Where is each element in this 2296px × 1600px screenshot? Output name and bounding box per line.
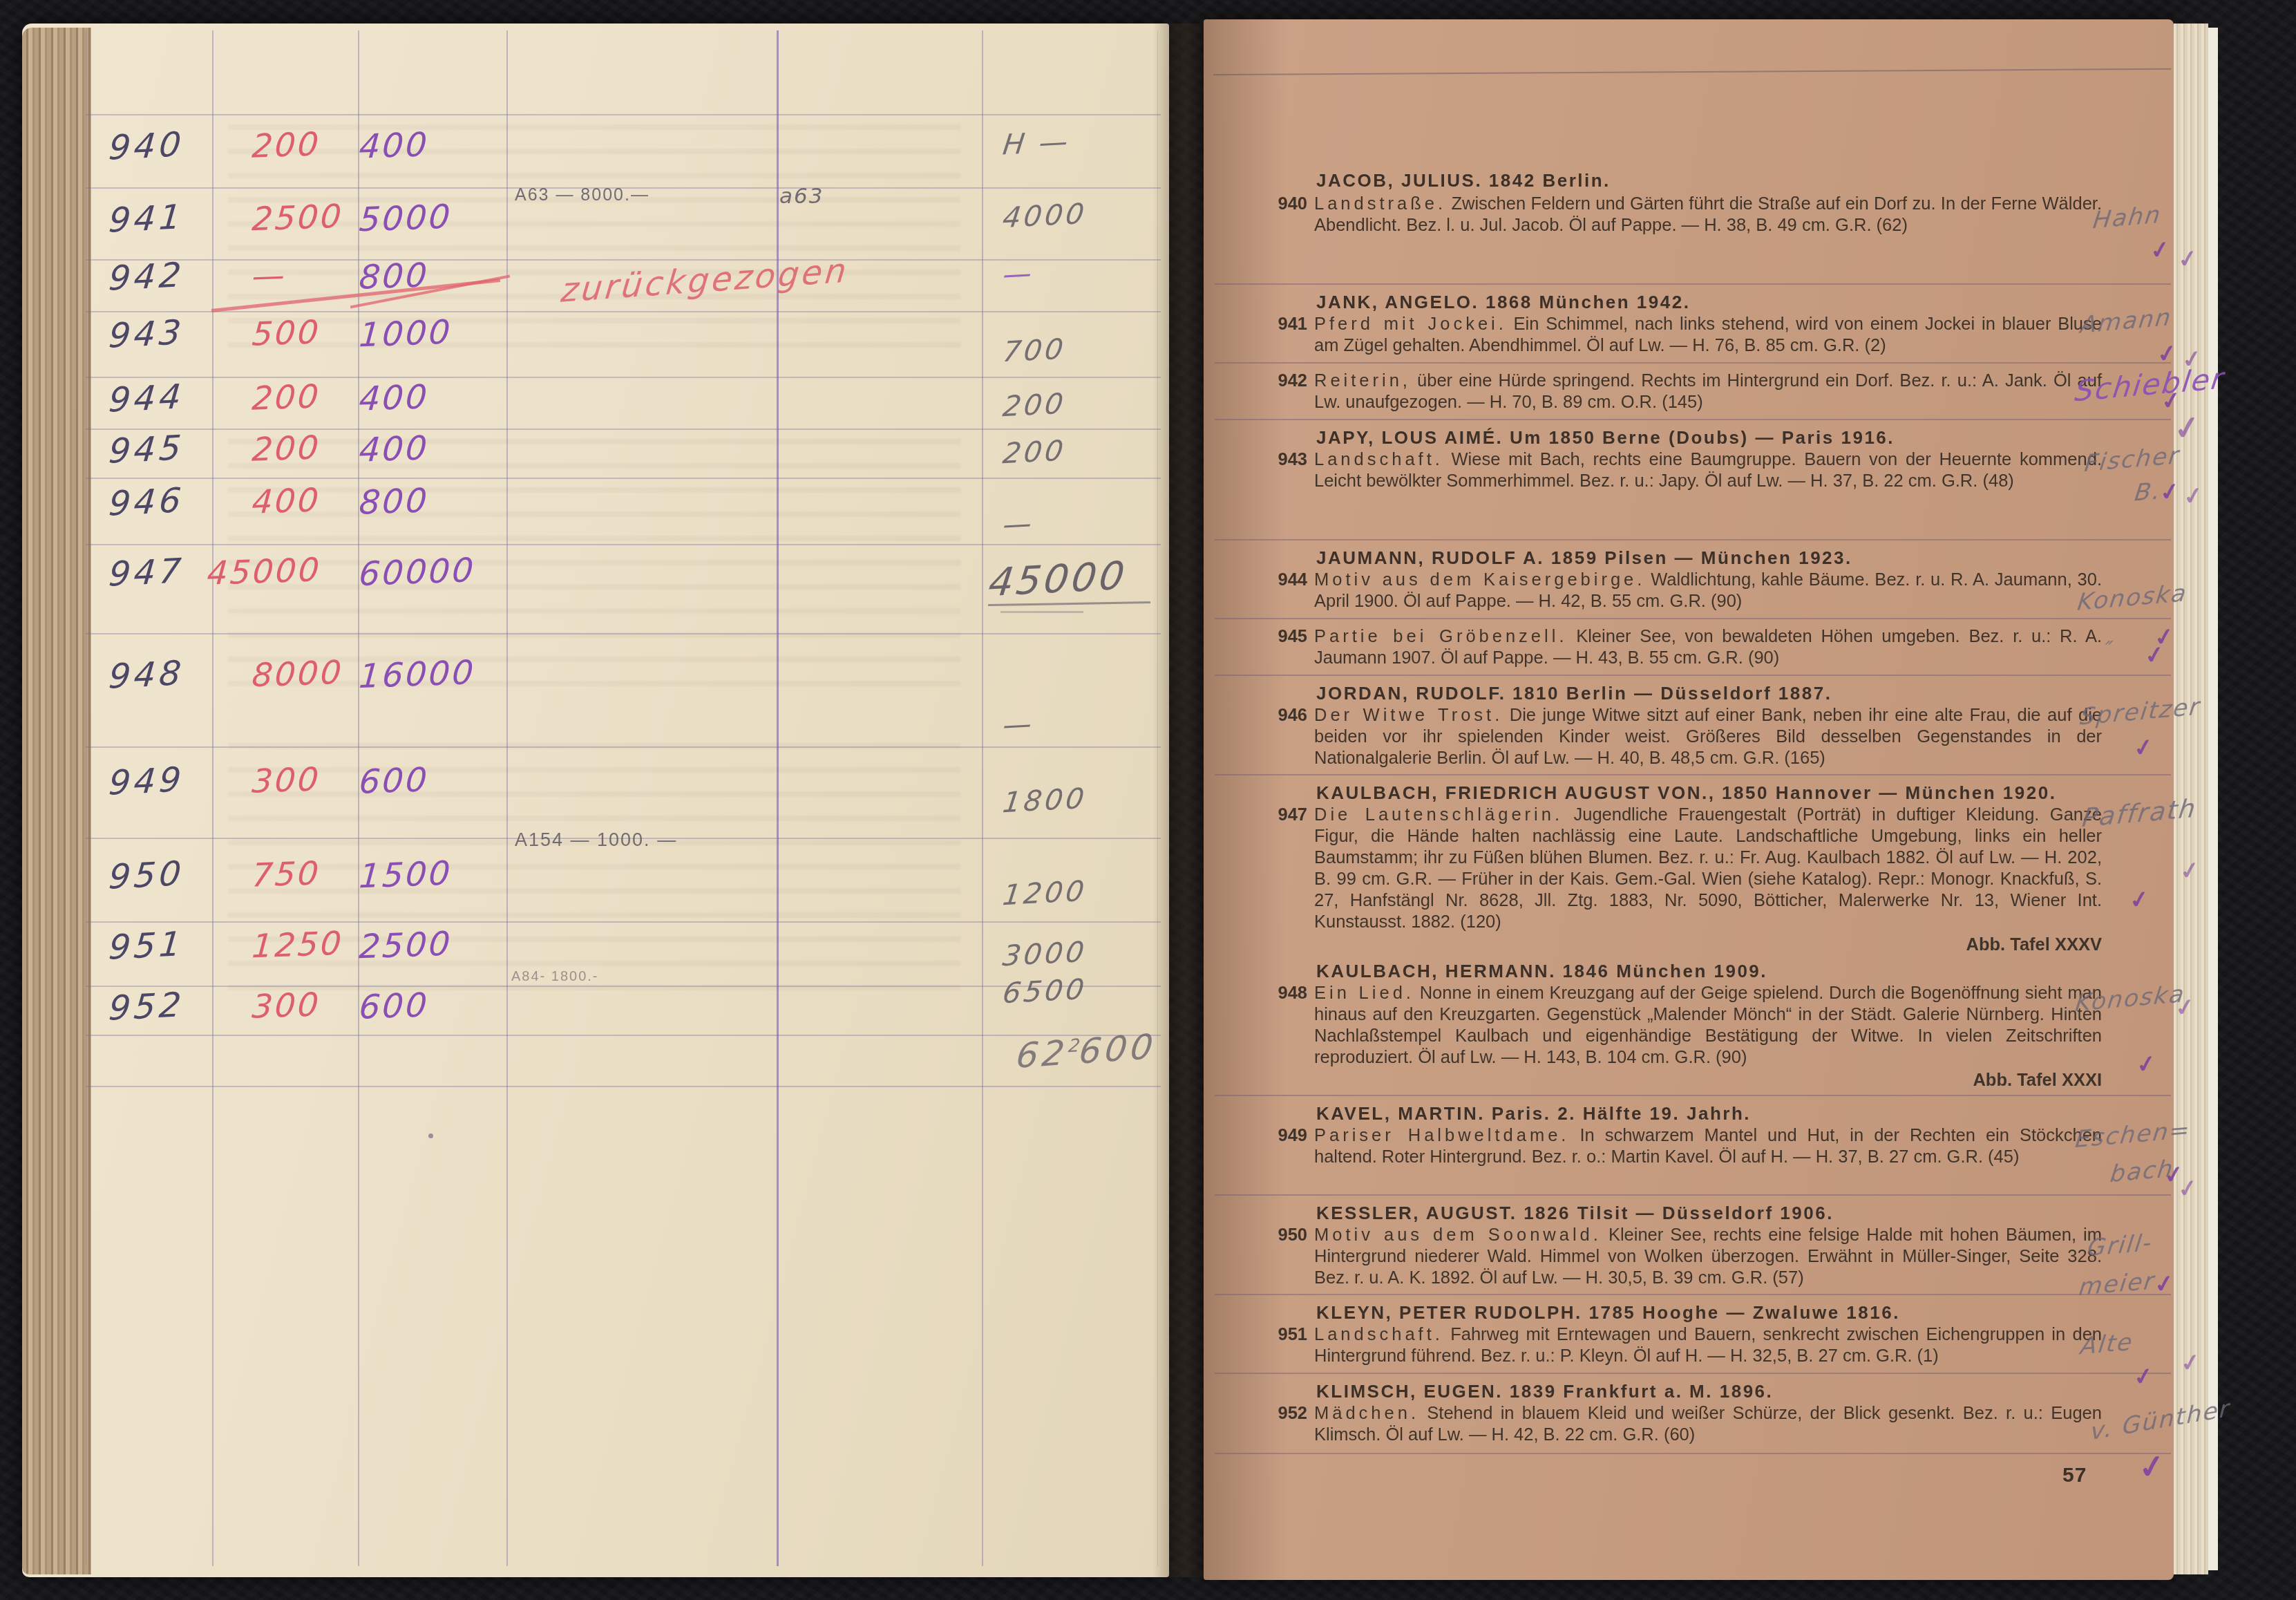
entry-divider [1215,675,2171,676]
artist-header: JACOB, JULIUS. 1842 Berlin. [1316,170,2111,191]
result-price: — [1001,256,1036,291]
edge-checkmark-icon: ✓ [2171,408,2203,449]
estimate-price: 60000 [358,551,477,594]
ledger-row: 950 750 1500 1200 [0,856,1175,925]
edge-checkmark-icon: ✓ [2176,1174,2199,1204]
work-title: Landstraße. [1314,194,1446,214]
work-title: Landschaft. [1314,1325,1443,1344]
artist-header: KAVEL, MARTIN. Paris. 2. Hälfte 19. Jahr… [1316,1103,2111,1124]
limit-price: 500 [251,313,322,353]
limit-price: — [251,256,288,296]
work-title: Reiterin, [1314,371,1411,390]
artist-header: JAUMANN, RUDOLF A. 1859 Pilsen — München… [1316,547,2111,569]
result-price: 6500 [1001,972,1089,1010]
lot-number: 949 [107,760,186,803]
catalog-entry: 949 Pariser Halbweltdame. In schwarzem M… [1314,1125,2102,1168]
catalog-entry: 950 Motiv aus dem Soonwald. Kleiner See,… [1314,1225,2102,1289]
artist-header: JAPY, LOUS AIMÉ. Um 1850 Berne (Doubs) —… [1316,427,2111,449]
limit-price: 400 [251,481,322,521]
entry-text: Nonne in einem Kreuzgang auf der Geige s… [1314,983,2102,1067]
catalog-entry: 952 Mädchen. Stehend in blauem Kleid und… [1314,1403,2102,1446]
lot-number: 948 [107,653,186,697]
work-title: Der Witwe Trost. [1314,706,1503,725]
catalog-entry: 941 Pferd mit Jockei. Ein Schimmel, nach… [1314,314,2102,357]
estimate-price: 800 [358,481,430,522]
result-price: — [1001,707,1036,742]
total-suffix: 600 [1077,1026,1159,1072]
entry-text: über eine Hürde springend. Rechts im Hin… [1314,371,2102,412]
ledger-row: 952 300 600 6500 [0,987,1175,1056]
lot-number: 946 [107,480,186,524]
result-price: 1800 [1001,782,1089,819]
work-title: Pariser Halbweltdame. [1314,1126,1569,1145]
gutter-shadow [1204,19,1287,1580]
ledger-row: 946 400 800 — [0,482,1175,552]
work-title: Partie bei Gröbenzell. [1314,627,1567,646]
lot-number: 951 [1271,1324,1307,1346]
entry-divider [1215,362,2171,364]
entry-divider [1215,419,2171,420]
lot-number: 951 [107,924,186,968]
lot-number: 947 [1271,804,1307,826]
lot-number: 950 [1271,1225,1307,1246]
lot-number: 952 [107,985,186,1028]
result-price: — [1001,507,1036,541]
work-title: Ein Lied. [1314,983,1414,1003]
lot-number: 945 [107,428,186,471]
checkmark-icon: ✓ [2132,1362,2155,1392]
entry-divider [1215,1194,2171,1196]
lot-number: 942 [107,255,186,299]
checkmark-icon: ✓ [2143,640,2166,670]
work-title: Motiv aus dem Soonwald. [1314,1225,1602,1245]
row-line [86,114,1161,115]
estimate-price: 400 [358,377,430,418]
artist-header: JANK, ANGELO. 1868 München 1942. [1316,292,2111,313]
catalog-entry: 945 Partie bei Gröbenzell. Kleiner See, … [1314,626,2102,669]
entry-divider [1215,1095,2171,1096]
annotation-a63: A63 — 8000.— [515,185,649,205]
limit-price: 8000 [251,654,345,695]
result-price: 1200 [1001,874,1089,912]
work-title: Pferd mit Jockei. [1314,314,1507,334]
limit-price: 45000 [206,551,323,593]
entry-divider [1215,539,2171,540]
annotation-a84: A84- 1800.- [511,969,599,985]
page-number: 57 [2062,1464,2087,1487]
lot-number: 949 [1271,1125,1307,1147]
ink-dot [428,1133,433,1138]
work-title: Landschaft. [1314,450,1443,469]
limit-price: 200 [251,429,322,469]
estimate-price: 2500 [358,925,453,967]
estimate-price: 600 [358,760,430,801]
estimate-price: 1500 [358,854,453,896]
entry-divider [1215,774,2171,775]
ledger-row: 947 45000 60000 45000 [0,553,1175,622]
annotation-a63-short: a63 [779,184,824,209]
result-price: 45000 [986,554,1130,605]
lot-number: 941 [1271,314,1307,335]
artist-header: KLIMSCH, EUGEN. 1839 Frankfurt a. M. 189… [1316,1381,2111,1402]
entry-divider [1215,618,2171,619]
estimate-price: 1000 [358,313,453,355]
lot-number: 944 [107,377,186,420]
limit-price: 300 [251,760,322,800]
limit-price: 750 [251,854,322,894]
limit-price: 300 [251,986,322,1026]
annotation-a154: A154 — 1000. — [515,829,677,851]
artist-header: JORDAN, RUDOLF. 1810 Berlin — Düsseldorf… [1316,683,2111,704]
plate-reference: Abb. Tafel XXXI [1314,1069,2102,1091]
ledger-row: 948 8000 16000 — [0,655,1175,724]
lot-number: 944 [1271,570,1307,591]
artist-header: KLEYN, PETER RUDOLPH. 1785 Hooghe — Zwal… [1316,1302,2111,1324]
checkmark-icon: ✓ [2158,477,2181,507]
artist-header: KAULBACH, FRIEDRICH AUGUST VON., 1850 Ha… [1316,782,2111,804]
lot-number: 941 [107,197,186,241]
lot-number: 943 [1271,449,1307,471]
catalog-entry: 940 Landstraße. Zwischen Feldern und Gär… [1314,194,2102,236]
work-title: Mädchen. [1314,1404,1419,1423]
entry-divider [1215,1453,2171,1454]
result-underline [1000,611,1083,613]
checkmark-icon: ✓ [2127,885,2151,915]
result-price: H — [1001,124,1073,161]
artist-header: KESSLER, AUGUST. 1826 Tilsit — Düsseldor… [1316,1203,2111,1224]
limit-price: 2500 [251,198,345,239]
limit-price: 200 [251,125,322,165]
estimate-price: 16000 [358,653,477,696]
checkmark-icon: ✓ [2132,733,2155,763]
auction-ledger-book-spread: 940 200 400 H — 941 2500 5000 4000 942 —… [0,0,2296,1600]
result-price: 4000 [1001,197,1089,234]
result-price: 700 [1001,332,1068,369]
checkmark-icon: ✓ [2152,1269,2176,1299]
catalog-entry: 946 Der Witwe Trost. Die junge Witwe sit… [1314,705,2102,769]
plate-reference: Abb. Tafel XXXV [1314,933,2102,956]
result-price: 200 [1001,387,1068,424]
ledger-row: 943 500 1000 700 [0,314,1175,384]
catalog-entry: 951 Landschaft. Fahrweg mit Erntewagen u… [1314,1324,2102,1367]
checkmark-icon: ✓ [2136,1447,2167,1487]
edge-checkmark-icon: ✓ [2173,992,2197,1023]
ledger-row: 949 300 600 1800 [0,762,1175,831]
limit-price: 1250 [251,925,345,966]
artist-header: KAULBACH, HERMANN. 1846 München 1909. [1316,961,2111,982]
buyer-name: Alte [2079,1328,2135,1360]
result-price: 200 [1001,434,1068,471]
lot-number: 950 [107,854,186,897]
checkmark-icon: ✓ [2134,1049,2158,1080]
catalog-entry: 948 Ein Lied. Nonne in einem Kreuzgang a… [1314,983,2102,1091]
entry-divider [1215,283,2171,285]
lot-number: 943 [107,312,186,356]
lot-number: 942 [1271,370,1307,392]
lot-number: 947 [107,551,186,594]
lot-number: 940 [107,124,186,168]
checkmark-icon: ✓ [2148,235,2172,265]
lot-number: 946 [1271,705,1307,726]
catalog-entry: 943 Landschaft. Wiese mit Bach, rechts e… [1314,449,2102,492]
estimate-price: 400 [358,125,430,166]
edge-checkmark-icon: ✓ [2180,344,2203,375]
estimate-price: 5000 [358,198,453,240]
estimate-price: 600 [358,986,430,1026]
checkmark-icon: ✓ [2155,339,2179,369]
limit-price: 200 [251,377,322,417]
edge-checkmark-icon: ✓ [2179,1348,2202,1378]
work-title: Die Lautenschlägerin. [1314,805,1563,825]
work-title: Motiv aus dem Kaisergebirge. [1314,570,1645,590]
total-prefix: 62 [1014,1033,1070,1076]
edge-checkmark-icon: ✓ [2178,856,2201,886]
page-edge-white [2208,28,2218,1570]
edge-checkmark-icon: ✓ [2176,244,2199,274]
estimate-price: 400 [358,429,430,469]
catalog-entry: 944 Motiv aus dem Kaisergebirge. Waldlic… [1314,570,2102,612]
catalog-entry: 942 Reiterin, über eine Hürde springend.… [1314,370,2102,413]
catalog-entry: 947 Die Lautenschlägerin. Jugendliche Fr… [1314,804,2102,956]
lot-number: 945 [1271,626,1307,648]
lot-number: 940 [1271,194,1307,215]
lot-number: 952 [1271,1403,1307,1424]
entry-divider [1215,1373,2171,1374]
result-price: 3000 [1001,935,1089,972]
entry-divider [1215,1294,2171,1295]
edge-checkmark-icon: ✓ [2181,481,2205,511]
row-line [86,1086,1161,1087]
lot-number: 948 [1271,983,1307,1004]
entry-text: Stehend in blauem Kleid und weißer Schür… [1314,1404,2102,1444]
